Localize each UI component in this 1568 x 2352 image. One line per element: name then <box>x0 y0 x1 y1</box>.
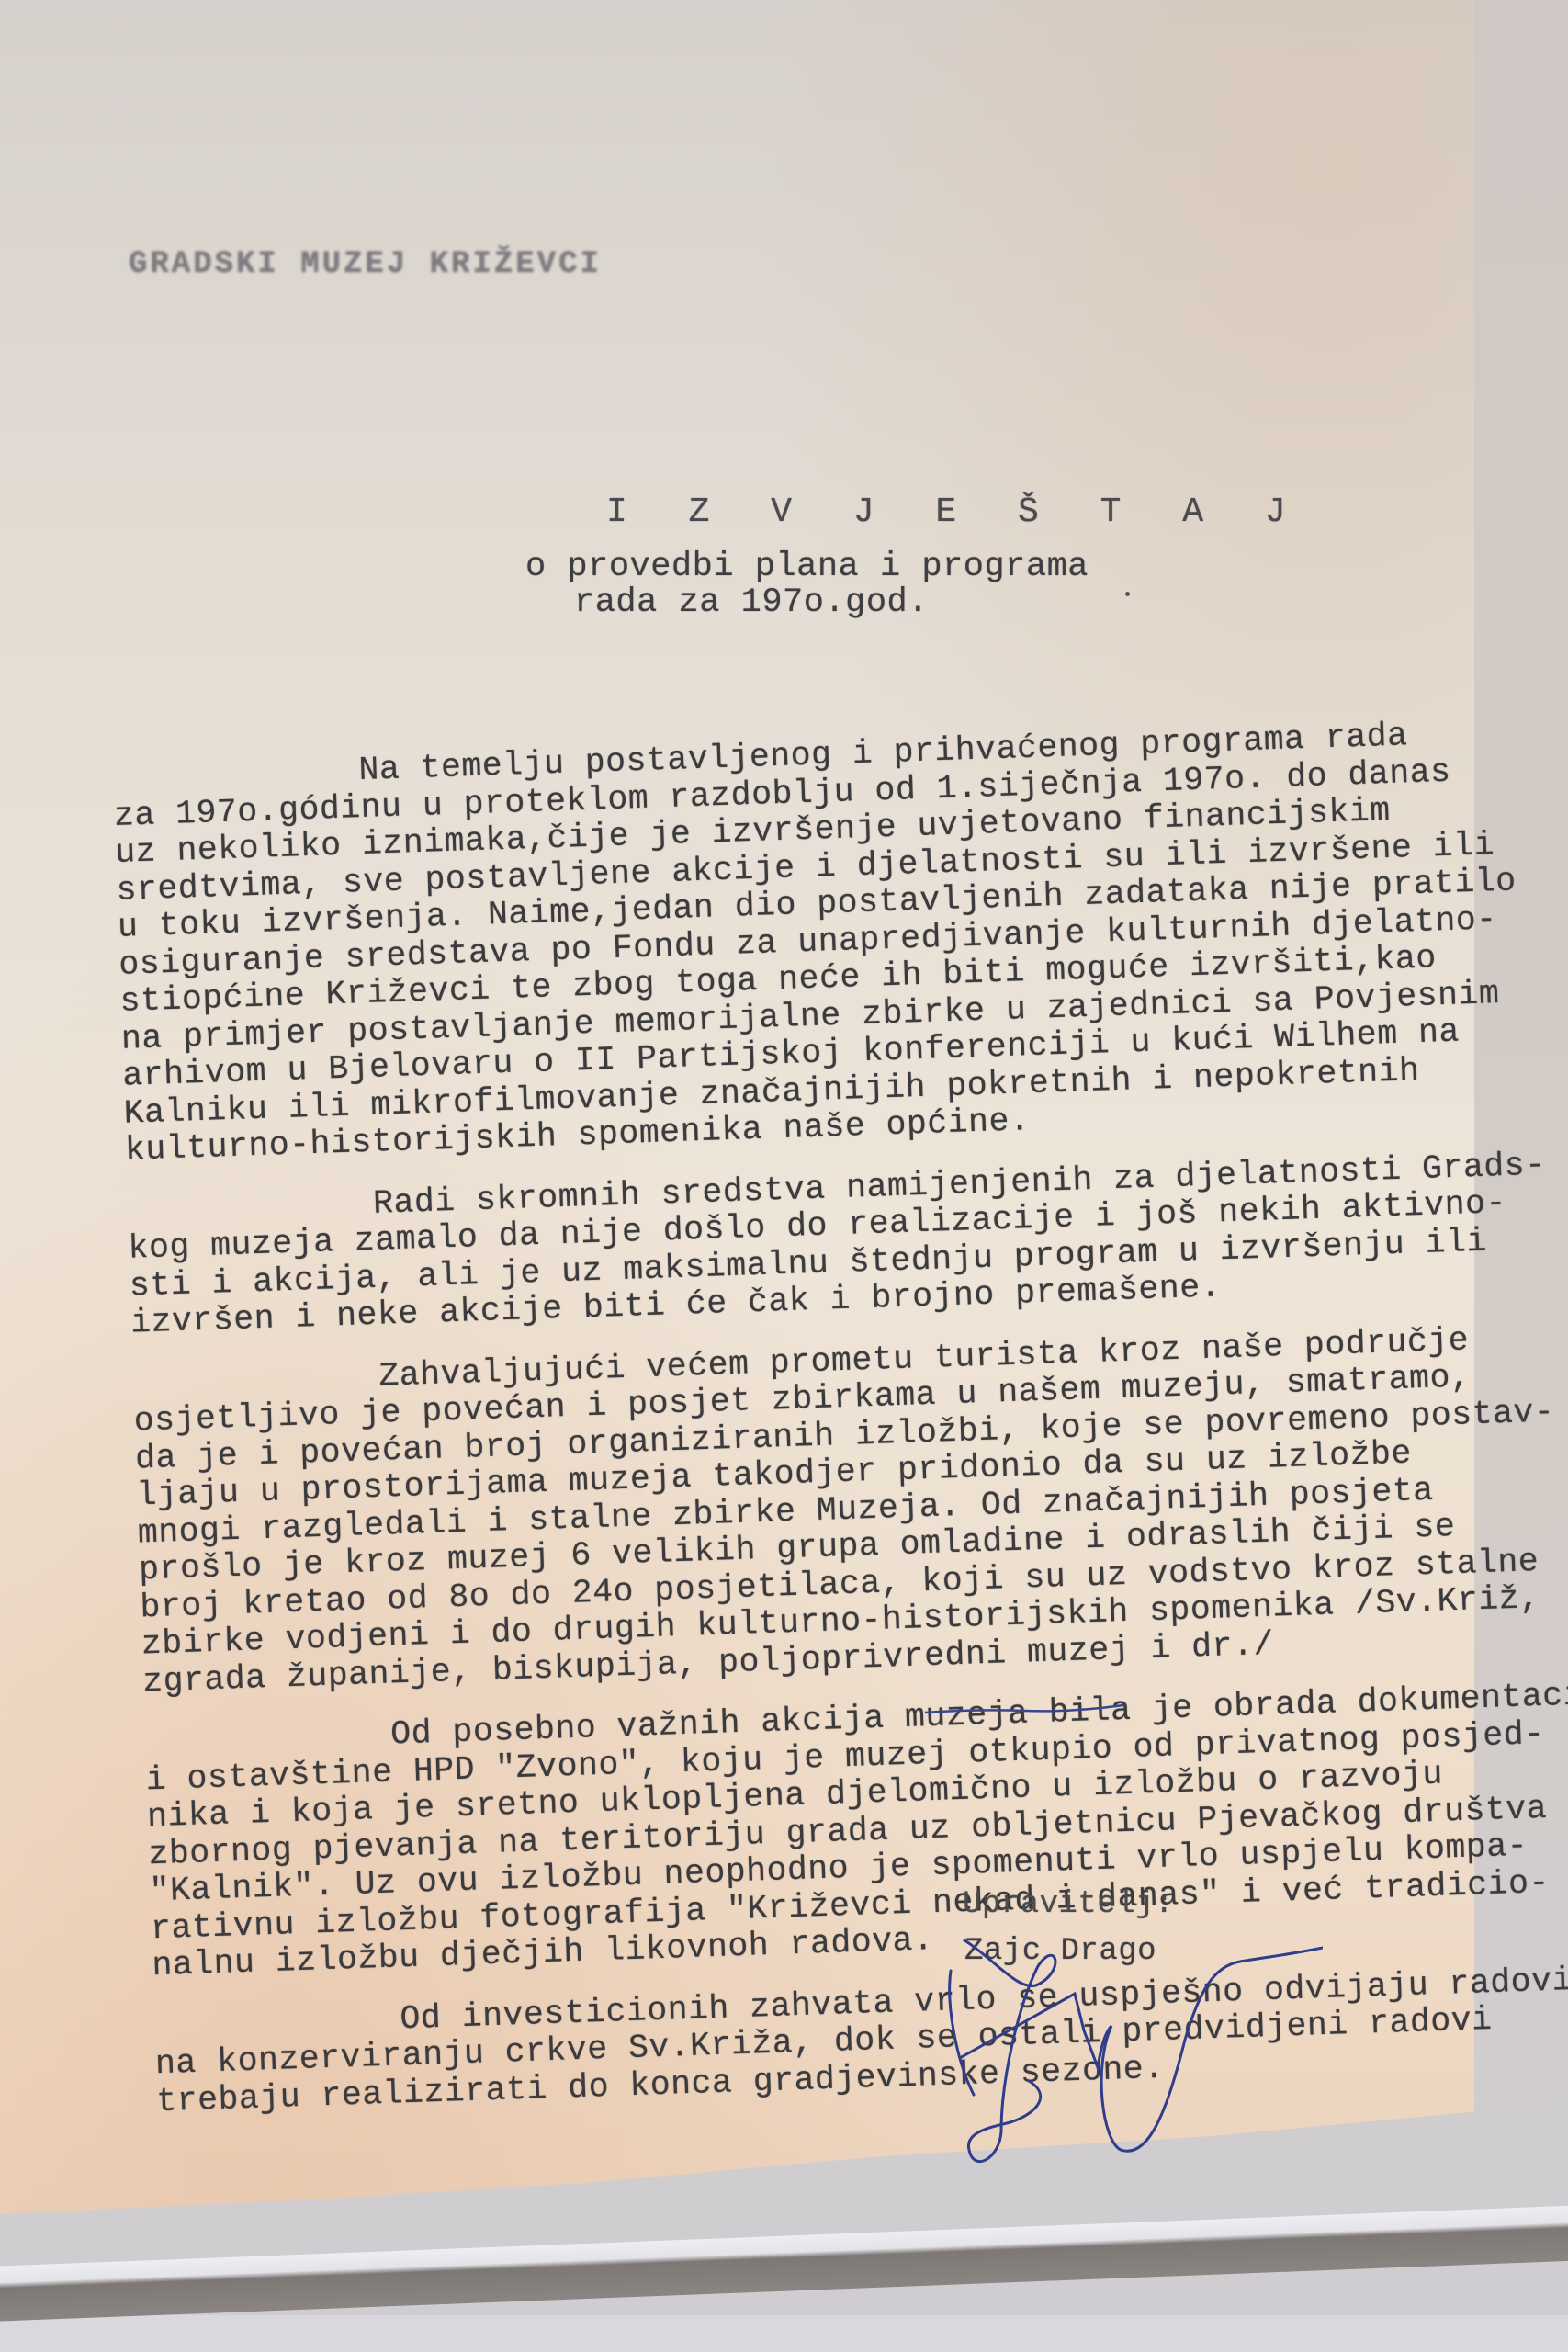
document-subtitle-line1: o provedbi plana i programa <box>525 548 1089 586</box>
report-body: Na temelju postavljenog i prihvaćenog pr… <box>112 712 1568 2121</box>
signatory-title: Upravitelj: <box>963 1886 1174 1924</box>
ink-dot <box>1125 592 1130 596</box>
pen-underline-mark <box>923 1703 1125 1716</box>
institution-header: GRADSKI MUZEJ KRIŽEVCI <box>129 246 602 284</box>
document-subtitle-line2: rada za 197o.god. <box>574 584 929 622</box>
document-title: I Z V J E Š T A J <box>606 494 1306 532</box>
frame-bottom-panel <box>0 2315 1568 2352</box>
handwritten-signature <box>937 1929 1323 2177</box>
